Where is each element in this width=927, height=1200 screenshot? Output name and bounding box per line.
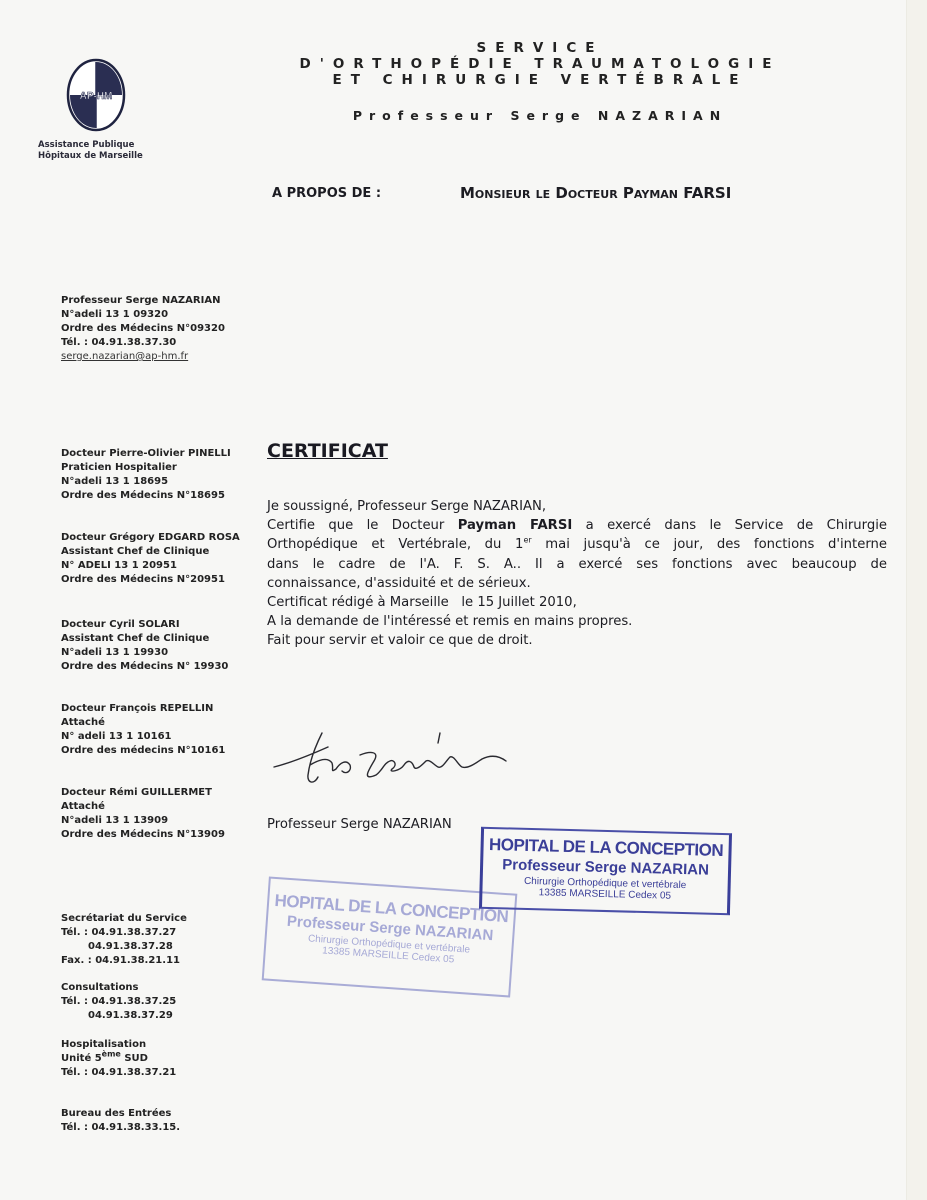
- contact-title: Secrétariat du Service: [61, 912, 261, 926]
- letterhead: SERVICE D'ORTHOPÉDIE TRAUMATOLOGIE ET CH…: [230, 40, 850, 123]
- contact-title: Consultations: [61, 981, 261, 995]
- header-subdepartment: ET CHIRURGIE VERTÉBRALE: [230, 72, 850, 88]
- logo-caption-line1: Assistance Publique: [38, 140, 158, 151]
- head-tel: Tél. : 04.91.38.37.30: [61, 336, 261, 350]
- handwritten-signature-icon: [270, 725, 520, 795]
- logo-caption: Assistance Publique Hôpitaux de Marseill…: [38, 140, 158, 162]
- doctor-role: Assistant Chef de Clinique: [61, 545, 261, 559]
- cert-sup: er: [523, 536, 531, 545]
- contact-bureau: Bureau des Entrées Tél. : 04.91.38.33.15…: [61, 1107, 261, 1135]
- contact-tel: Tél. : 04.91.38.37.27: [61, 926, 261, 940]
- cert-line: Certifie que le Docteur Payman FARSI a e…: [267, 516, 887, 535]
- doctor-ordre: Ordre des Médecins N° 19930: [61, 660, 261, 674]
- doctor-entry: Docteur Grégory EDGARD ROSA Assistant Ch…: [61, 531, 261, 587]
- doctor-entry: Docteur Rémi GUILLERMET Attaché N°adeli …: [61, 786, 261, 842]
- logo-caption-line2: Hôpitaux de Marseille: [38, 151, 158, 162]
- cert-line: Certificat rédigé à Marseille le 15 Juil…: [267, 593, 887, 612]
- doctor-adeli: N° ADELI 13 1 20951: [61, 559, 261, 573]
- contact-title: Hospitalisation: [61, 1038, 261, 1052]
- subject-label: A PROPOS DE :: [272, 186, 381, 201]
- ap-hm-logo-icon: AP-HM: [66, 58, 126, 132]
- contact-tel: Tél. : 04.91.38.33.15.: [61, 1121, 261, 1135]
- cert-doctor-name: Payman FARSI: [458, 518, 572, 533]
- doctor-role: Attaché: [61, 800, 261, 814]
- contact-tel: Tél. : 04.91.38.37.21: [61, 1066, 261, 1080]
- contact-hospitalisation: Hospitalisation Unité 5ème SUD Tél. : 04…: [61, 1038, 261, 1080]
- head-name: Professeur Serge NAZARIAN: [61, 294, 261, 308]
- doctor-adeli: N°adeli 13 1 19930: [61, 646, 261, 660]
- cert-line: Orthopédique et Vertébrale, du 1er mai j…: [267, 535, 887, 554]
- head-email-link[interactable]: serge.nazarian@ap-hm.fr: [61, 350, 261, 364]
- contact-fax: Fax. : 04.91.38.21.11: [61, 954, 261, 968]
- doctor-role: Praticien Hospitalier: [61, 461, 261, 475]
- doctor-ordre: Ordre des Médecins N°13909: [61, 828, 261, 842]
- cert-line: dans le cadre de l'A. F. S. A.. Il a exe…: [267, 555, 887, 574]
- doctor-adeli: N°adeli 13 1 13909: [61, 814, 261, 828]
- svg-text:AP-HM: AP-HM: [80, 91, 113, 102]
- certificate-title: CERTIFICAT: [267, 440, 388, 462]
- head-adeli: N°adeli 13 1 09320: [61, 308, 261, 322]
- doctor-ordre: Ordre des médecins N°10161: [61, 744, 261, 758]
- doctor-entry: Docteur Cyril SOLARI Assistant Chef de C…: [61, 618, 261, 674]
- doctor-entry: Docteur Pierre-Olivier PINELLI Praticien…: [61, 447, 261, 503]
- cert-text: Orthopédique et Vertébrale, du 1: [267, 537, 523, 552]
- doctor-ordre: Ordre des Médecins N°20951: [61, 573, 261, 587]
- doctor-name: Docteur François REPELLIN: [61, 702, 261, 716]
- contact-consultations: Consultations Tél. : 04.91.38.37.25 04.9…: [61, 981, 261, 1023]
- doctor-adeli: N°adeli 13 1 18695: [61, 475, 261, 489]
- contact-unit: Unité 5ème SUD: [61, 1052, 261, 1066]
- certificate-body: Je soussigné, Professeur Serge NAZARIAN,…: [267, 497, 887, 651]
- paper-edge: [906, 0, 927, 1200]
- cert-line: connaissance, d'assiduité et de sérieux.: [267, 574, 887, 593]
- cert-line: A la demande de l'intéressé et remis en …: [267, 612, 887, 631]
- doctor-name: Docteur Cyril SOLARI: [61, 618, 261, 632]
- cert-line: Je soussigné, Professeur Serge NAZARIAN,: [267, 497, 887, 516]
- doctor-entry: Docteur François REPELLIN Attaché N° ade…: [61, 702, 261, 758]
- unit-sup: ème: [102, 1050, 121, 1059]
- sidebar-head-contact: Professeur Serge NAZARIAN N°adeli 13 1 0…: [61, 294, 261, 364]
- header-department: D'ORTHOPÉDIE TRAUMATOLOGIE: [230, 56, 850, 72]
- doctor-role: Assistant Chef de Clinique: [61, 632, 261, 646]
- doctor-adeli: N° adeli 13 1 10161: [61, 730, 261, 744]
- cert-line: Fait pour servir et valoir ce que de dro…: [267, 631, 887, 650]
- cert-text: mai jusqu'à ce jour, des fonctions d'int…: [532, 537, 887, 552]
- contact-tel: Tél. : 04.91.38.37.25: [61, 995, 261, 1009]
- unit-suffix: SUD: [121, 1053, 148, 1064]
- doctor-name: Docteur Grégory EDGARD ROSA: [61, 531, 261, 545]
- doctor-role: Attaché: [61, 716, 261, 730]
- header-professor: Professeur Serge NAZARIAN: [230, 108, 850, 123]
- cert-text: a exercé dans le Service de Chirurgie: [572, 518, 887, 533]
- unit-prefix: Unité 5: [61, 1053, 102, 1064]
- contact-tel: 04.91.38.37.28: [61, 940, 261, 954]
- doctor-name: Docteur Rémi GUILLERMET: [61, 786, 261, 800]
- head-ordre: Ordre des Médecins N°09320: [61, 322, 261, 336]
- cert-text: Certifie que le Docteur: [267, 518, 458, 533]
- hospital-stamp: HOPITAL DE LA CONCEPTION Professeur Serg…: [479, 827, 732, 916]
- contact-title: Bureau des Entrées: [61, 1107, 261, 1121]
- doctor-name: Docteur Pierre-Olivier PINELLI: [61, 447, 261, 461]
- contact-tel: 04.91.38.37.29: [61, 1009, 261, 1023]
- signatory-name: Professeur Serge NAZARIAN: [267, 817, 452, 832]
- contact-secretariat: Secrétariat du Service Tél. : 04.91.38.3…: [61, 912, 261, 968]
- subject-value: Monsieur le Docteur Payman FARSI: [460, 184, 731, 202]
- doctor-ordre: Ordre des Médecins N°18695: [61, 489, 261, 503]
- header-service: SERVICE: [230, 40, 850, 56]
